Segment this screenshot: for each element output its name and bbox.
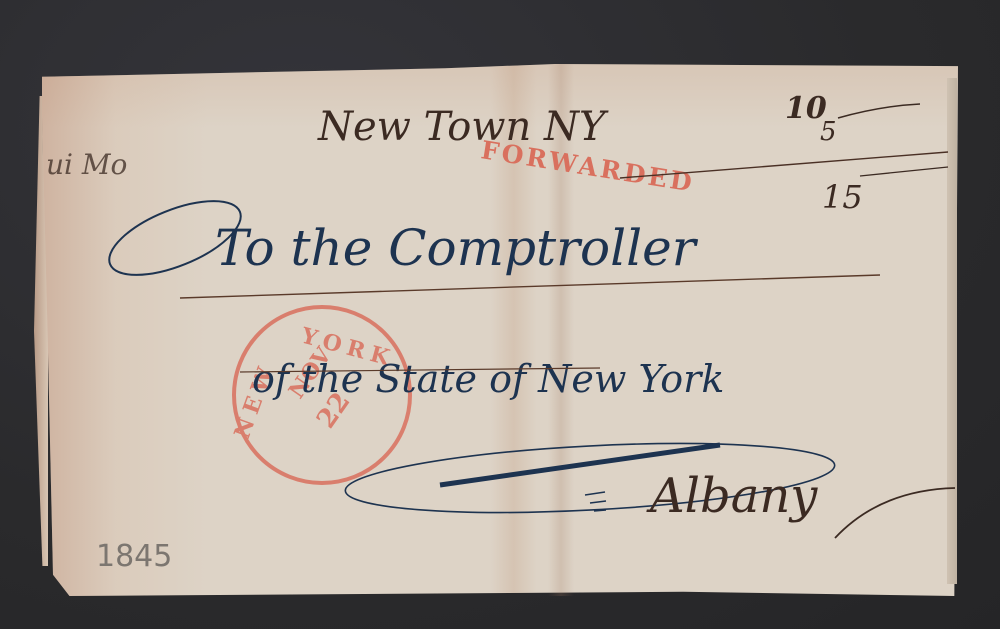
- rate-lower-flourish: [860, 167, 948, 176]
- address-underline: [180, 275, 880, 298]
- pencil-year-note: 1845: [96, 539, 172, 574]
- rate-underline: [838, 104, 920, 118]
- rate-mark-upper-sub: 5: [820, 117, 837, 147]
- albany-flourish: [835, 488, 955, 538]
- address-line-1: To the Comptroller: [215, 219, 699, 277]
- cover-markings: New Town NY FORWARDED 10 5 15 ui Mo To t…: [0, 0, 1000, 629]
- rate-mark-lower: 15: [822, 178, 863, 216]
- address-line-3: Albany: [646, 468, 818, 524]
- left-margin-note: ui Mo: [46, 148, 127, 181]
- origin-postmark-manuscript: New Town NY: [317, 104, 609, 150]
- address-line-2: of the State of New York: [252, 357, 724, 401]
- pointing-hand-icon: [585, 492, 606, 511]
